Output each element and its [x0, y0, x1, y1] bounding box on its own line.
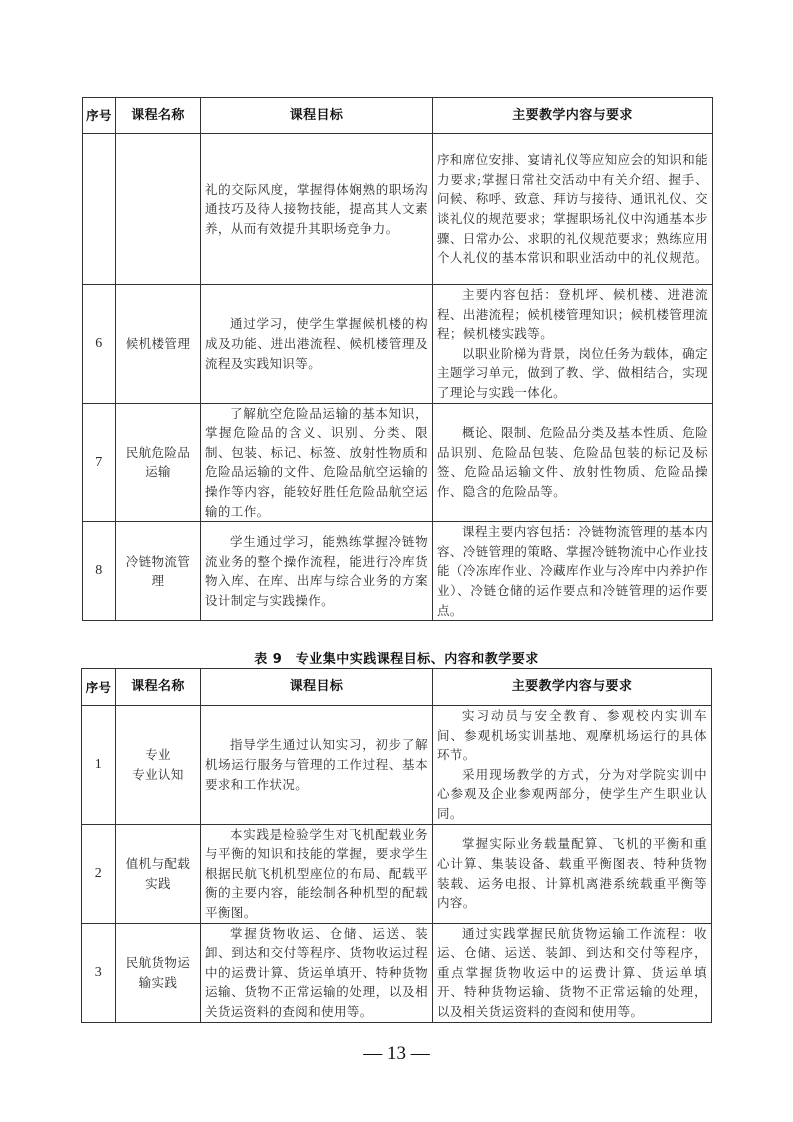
row-course-name: 冷链物流管理 [116, 522, 201, 621]
row-course-goal: 了解航空危险品运输的基本知识，掌握危险品的含义、识别、分类、限制、包装、标记、标… [201, 403, 433, 522]
row-course-name [116, 134, 201, 285]
row-course-goal: 本实践是检验学生对飞机配载业务与平衡的知识和技能的掌握，要求学生根据民航飞机机型… [201, 824, 433, 923]
content-paragraph: 通过实践掌握民航货物运输工作流程：收运、仓储、运送、装卸、到达和交付等程序，重点… [437, 924, 707, 1022]
table-caption: 表 9 专业集中实践课程目标、内容和教学要求 [0, 648, 793, 667]
row-course-goal: 学生通过学习，能熟练掌握冷链物流业务的整个操作流程，能进行冷库货物入库、在库、出… [201, 522, 433, 621]
table-row: 6 候机楼管理 通过学习，使学生掌握候机楼的构成及功能、进出港流程、候机楼管理及… [83, 285, 713, 404]
table-row: 8 冷链物流管理 学生通过学习，能熟练掌握冷链物流业务的整个操作流程，能进行冷库… [83, 522, 713, 621]
table-row: 2 值机与配载实践 本实践是检验学生对飞机配载业务与平衡的知识和技能的掌握，要求… [82, 824, 712, 923]
row-seq: 6 [83, 285, 116, 404]
header-course-goal: 课程目标 [201, 669, 433, 706]
header-course-goal: 课程目标 [201, 98, 433, 134]
content-paragraph: 掌握实际业务载量配算、飞机的平衡和重心计算、集装设备、载重平衡图表、特种货物装载… [437, 834, 707, 912]
content-paragraph: 以职业阶梯为背景，岗位任务为载体，确定主题学习单元，做到了教、学、做相结合，实现… [437, 344, 708, 403]
header-seq: 序号 [82, 669, 116, 706]
row-seq: 1 [82, 706, 116, 825]
goal-paragraph: 学生通过学习，能熟练掌握冷链物流业务的整个操作流程，能进行冷库货物入库、在库、出… [205, 532, 428, 610]
header-course-content: 主要教学内容与要求 [433, 98, 713, 134]
page-number: — 13 — [0, 1043, 793, 1065]
goal-paragraph: 通过学习，使学生掌握候机楼的构成及功能、进出港流程、候机楼管理及流程及实践知识等… [205, 314, 428, 373]
goal-paragraph: 掌握货物收运、仓储、运送、装卸、到达和交付等程序、货物收运过程中的运费计算、货运… [205, 924, 428, 1022]
content-paragraph: 序和席位安排、宴请礼仪等应知应会的知识和能力要求;掌握日常社交活动中有关介绍、握… [437, 150, 708, 268]
row-course-goal: 掌握货物收运、仓储、运送、装卸、到达和交付等程序、货物收运过程中的运费计算、货运… [201, 923, 433, 1022]
row-seq: 3 [82, 923, 116, 1022]
row-course-name: 值机与配载实践 [116, 824, 201, 923]
course-table-continued: 序号 课程名称 课程目标 主要教学内容与要求 礼的交际风度，掌握得体娴熟的职场沟… [82, 97, 713, 621]
row-course-content: 掌握实际业务载量配算、飞机的平衡和重心计算、集装设备、载重平衡图表、特种货物装载… [433, 824, 712, 923]
row-course-goal: 礼的交际风度，掌握得体娴熟的职场沟通技巧及待人接物技能，提高其人文素养，从而有效… [201, 134, 433, 285]
row-course-content: 通过实践掌握民航货物运输工作流程：收运、仓储、运送、装卸、到达和交付等程序，重点… [433, 923, 712, 1022]
goal-paragraph: 指导学生通过认知实习，初步了解机场运行服务与管理的工作过程、基本要求和工作状况。 [205, 735, 428, 794]
table-row: 礼的交际风度，掌握得体娴熟的职场沟通技巧及待人接物技能，提高其人文素养，从而有效… [83, 134, 713, 285]
header-course-name: 课程名称 [116, 98, 201, 134]
header-course-content: 主要教学内容与要求 [433, 669, 712, 706]
table-row: 3 民航货物运输实践 掌握货物收运、仓储、运送、装卸、到达和交付等程序、货物收运… [82, 923, 712, 1022]
table-row: 7 民航危险品运输 了解航空危险品运输的基本知识，掌握危险品的含义、识别、分类、… [83, 403, 713, 522]
goal-paragraph: 礼的交际风度，掌握得体娴熟的职场沟通技巧及待人接物技能，提高其人文素养，从而有效… [205, 180, 428, 239]
row-seq: 2 [82, 824, 116, 923]
row-course-content: 序和席位安排、宴请礼仪等应知应会的知识和能力要求;掌握日常社交活动中有关介绍、握… [433, 134, 713, 285]
content-paragraph: 采用现场教学的方式，分为对学院实训中心参观及企业参观两部分，使学生产生职业认同。 [437, 765, 707, 824]
row-seq: 7 [83, 403, 116, 522]
row-course-name: 民航货物运输实践 [116, 923, 201, 1022]
content-paragraph: 概论、限制、危险品分类及基本性质、危险品识别、危险品包装、危险品包装的标记及标签… [437, 423, 708, 501]
goal-paragraph: 了解航空危险品运输的基本知识，掌握危险品的含义、识别、分类、限制、包装、标记、标… [205, 404, 428, 522]
row-course-content: 课程主要内容包括：冷链物流管理的基本内容、冷链管理的策略、掌握冷链物流中心作业技… [433, 522, 713, 621]
header-course-name: 课程名称 [116, 669, 201, 706]
header-seq: 序号 [83, 98, 116, 134]
row-course-name: 候机楼管理 [116, 285, 201, 404]
row-course-name: 民航危险品运输 [116, 403, 201, 522]
table-header-row: 序号 课程名称 课程目标 主要教学内容与要求 [83, 98, 713, 134]
row-seq: 8 [83, 522, 116, 621]
row-course-content: 主要内容包括：登机坪、候机楼、进港流程、出港流程；候机楼管理知识；候机楼管理流程… [433, 285, 713, 404]
table-header-row: 序号 课程名称 课程目标 主要教学内容与要求 [82, 669, 712, 706]
row-course-name: 专业 专业认知 [116, 706, 201, 825]
goal-paragraph: 本实践是检验学生对飞机配载业务与平衡的知识和技能的掌握，要求学生根据民航飞机机型… [205, 825, 428, 923]
row-course-goal: 指导学生通过认知实习，初步了解机场运行服务与管理的工作过程、基本要求和工作状况。 [201, 706, 433, 825]
content-paragraph: 课程主要内容包括：冷链物流管理的基本内容、冷链管理的策略、掌握冷链物流中心作业技… [437, 522, 708, 620]
table-row: 1 专业 专业认知 指导学生通过认知实习，初步了解机场运行服务与管理的工作过程、… [82, 706, 712, 825]
practice-course-table: 序号 课程名称 课程目标 主要教学内容与要求 1 专业 专业认知 指导学生通过认… [81, 668, 712, 1023]
row-course-content: 概论、限制、危险品分类及基本性质、危险品识别、危险品包装、危险品包装的标记及标签… [433, 403, 713, 522]
row-seq [83, 134, 116, 285]
row-course-content: 实习动员与安全教育、参观校内实训车间、参观机场实训基地、观摩机场运行的具体环节。… [433, 706, 712, 825]
content-paragraph: 主要内容包括：登机坪、候机楼、进港流程、出港流程；候机楼管理知识；候机楼管理流程… [437, 285, 708, 344]
content-paragraph: 实习动员与安全教育、参观校内实训车间、参观机场实训基地、观摩机场运行的具体环节。 [437, 706, 707, 765]
row-course-goal: 通过学习，使学生掌握候机楼的构成及功能、进出港流程、候机楼管理及流程及实践知识等… [201, 285, 433, 404]
